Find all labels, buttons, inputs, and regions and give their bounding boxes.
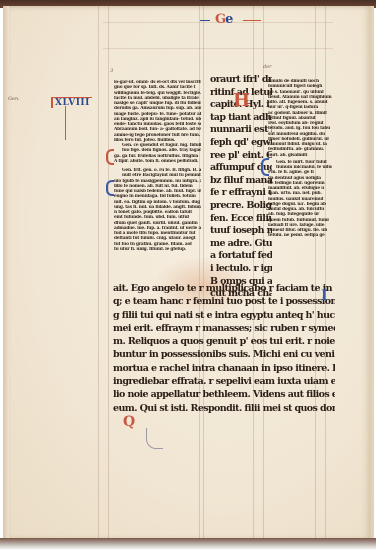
- gloss-line: sut mnudreui ougilhu. du: [268, 132, 332, 137]
- text-line: m. Reliquos a quos genuit p' eos tui eri…: [113, 335, 335, 348]
- gloss-line: dfum quef ganft. uurfil. uiuuf. gamfm: [114, 221, 201, 226]
- gloss-line: emt fufunde. fum. ubd. fum. utfuf: [114, 215, 201, 220]
- text-line: ingrediebar effrata. r sepelivi eam iuxt…: [113, 375, 335, 388]
- text-line: oraurt ifrl' dni: [210, 74, 272, 87]
- gloss-line: A fipir. abute. tom fi. omnes pellutudi.: [114, 159, 201, 164]
- book-binding-bottom: [0, 538, 376, 550]
- red-initial-c: [106, 149, 114, 165]
- red-initial-q: Q: [123, 414, 135, 430]
- text-line: fen. Ecce filiuf: [210, 213, 272, 226]
- gloss-line: amme-ig fego pronefoner fuit bre fum.: [114, 133, 201, 138]
- gloss-line: ga. ga fur. frufelias noftrulfus. fitigh…: [114, 154, 201, 159]
- gloss-line: Abraanum boll. fun- a- galtoltate. ad fo…: [114, 127, 201, 132]
- ruling-line: [103, 48, 333, 49]
- gloss-line: mit. ea. figtim op mtom. v fonfum. dug: [114, 200, 201, 205]
- gloss-line: willinguum fe-teig. qui woggit. fectigie…: [114, 91, 201, 96]
- ruling-line: [108, 6, 109, 540]
- text-line: a fortatuf fedir: [210, 250, 272, 263]
- text-line: me adre. Gtu: [210, 238, 272, 251]
- pen-flourish: [146, 428, 163, 449]
- ruling-line: [98, 6, 99, 540]
- text-line: fe r effrayni ur: [210, 187, 272, 200]
- gloss-line: fuf fuo tn grathu. grame. fifam. aof: [114, 242, 201, 247]
- gloss-column-right: fimulu de dimulfi uoch fomuniculf figeri…: [268, 79, 332, 239]
- gloss-line: fedfudinftu. ab- gfafmnu.: [268, 147, 332, 152]
- gloss-line: fu ufur fi. unlg. fifumf. ie gfefup.: [114, 247, 201, 252]
- text-line: bz filuf manaf: [210, 175, 272, 188]
- gloss-line: eugno in mennfaga. fid fuileh. fotum: [114, 194, 201, 199]
- margin-note-col-c: der: [263, 64, 272, 70]
- gloss-line: quem fufub. fulfumuf. fumi: [268, 218, 332, 223]
- gloss-line: deftanti fut fuiulu. cnig. ufaur. auegt: [114, 236, 201, 241]
- text-line: tuuf ioseph ne: [210, 225, 272, 238]
- gloss-column-left: lo-gar-ut. omni- ds ei-oct dts vel inscr…: [114, 80, 201, 252]
- text-line: ait. Ego angelo te r multiplicabo r faci…: [113, 282, 335, 295]
- gloss-line: dorudis ga. Amsaurum fup. sup. ab. annim…: [114, 106, 201, 111]
- text-line: precre. Bolige e: [210, 200, 272, 213]
- manuscript-page: Ge Gen. 3 der XLVIII lo-gar-ut. omni- ds…: [3, 6, 374, 540]
- text-line: eum. Qui st isti. Respondit. filii mei s…: [113, 402, 335, 415]
- chapter-flourish: [65, 106, 66, 140]
- blue-initial-gloss-right: [261, 158, 269, 176]
- text-line: q; e team hanc r femini tuo post te i po…: [113, 295, 335, 308]
- text-line: mortua e rachel intra chanaan in ipso it…: [113, 362, 335, 375]
- page-gutter: [3, 6, 9, 540]
- gloss-line: go s. tanonaul'. qu uifunf: [268, 90, 332, 95]
- folio-blue-letter: e: [225, 12, 232, 27]
- margin-note-col-a: 3: [110, 68, 113, 74]
- text-line: lio noie appellatur bethleem. Videns aut…: [113, 388, 335, 401]
- folio-dash: [243, 20, 261, 21]
- text-line: tap tiant adhf: [210, 112, 272, 125]
- chapter-number: XLVIII: [51, 97, 92, 108]
- folio-red-letter: G: [215, 12, 225, 27]
- text-line: buntur in possessionibs suis. Michi eni …: [113, 348, 335, 361]
- gloss-line: mage fuste. pofepu- fe. fune- pofatur ab: [114, 112, 201, 117]
- gloss-line: mulius. uaukif nuaremuf: [268, 197, 332, 202]
- folio-dash: [200, 20, 210, 21]
- blue-initial-c: [106, 180, 114, 196]
- margin-note-left: Gen.: [8, 96, 20, 102]
- gloss-line: tefulu. ne pemf. oefipa ge: [268, 233, 332, 238]
- main-text-block: ait. Ego angelo te r multiplicabo r faci…: [113, 282, 335, 415]
- blue-initial-main: I: [321, 288, 328, 304]
- gloss-line: gno que for sp. Infi. ds. Aamr facite f: [114, 85, 201, 90]
- text-line: i lectulo. r igreffuf: [210, 263, 272, 276]
- gloss-line: ulo fgulb fe masigpemmm. nu mfigra. ab: [114, 179, 201, 184]
- gloss-line: fefudu. aud. ig. fuu fou fabu: [268, 126, 332, 131]
- gloss-line: nulf etre Bacigfaymt mul fu pemmflan: [114, 173, 201, 178]
- folio-header: Ge: [215, 12, 232, 27]
- text-line: nunnarii est io: [210, 124, 272, 137]
- text-line: g filii tui qui nati st e intra egyptu a…: [113, 309, 335, 322]
- red-initial-h: H: [233, 90, 250, 111]
- gloss-line: ac godouf. habuer n. ifimif: [268, 111, 332, 116]
- gloss-line: fuo fige. dem fignos. alle. tray fagad. …: [114, 148, 201, 153]
- text-line: mei erit. effraym r manasses; sic ruben …: [113, 322, 335, 335]
- text-line: feph qd' egwta: [210, 137, 272, 150]
